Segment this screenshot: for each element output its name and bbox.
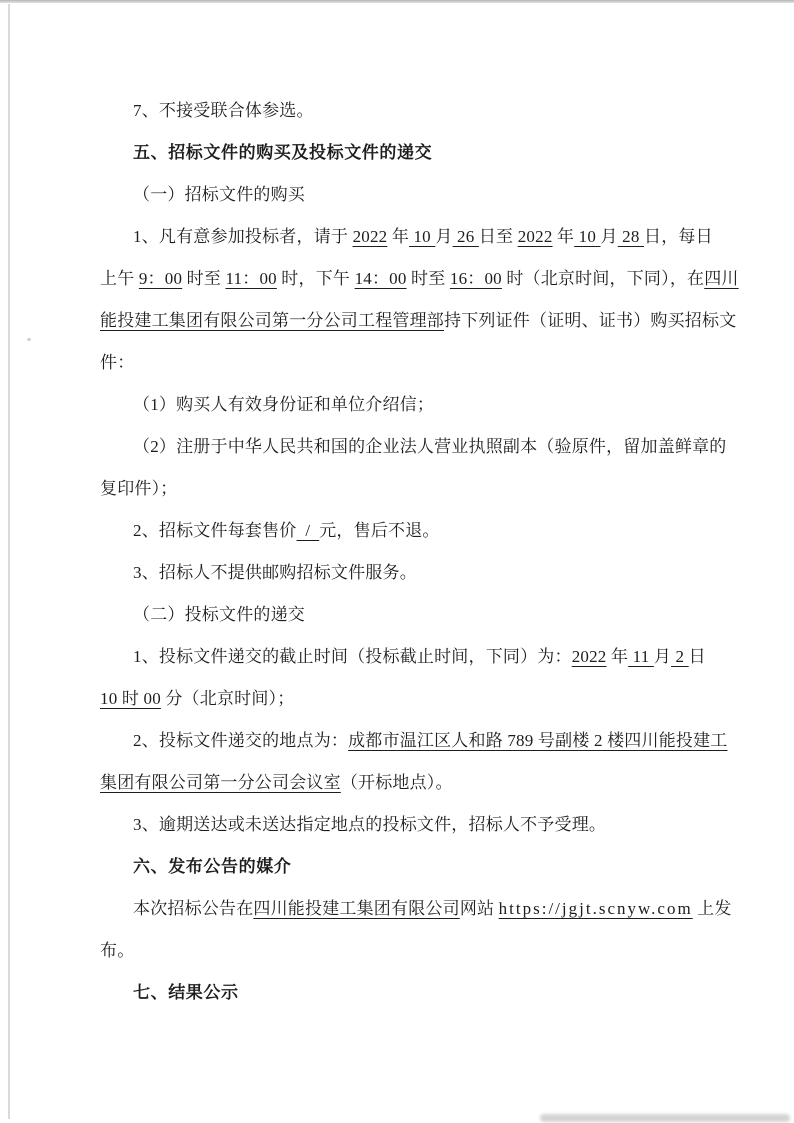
text-segment: 六、发布公告的媒介 bbox=[133, 857, 291, 876]
text-segment: 分（北京时间）； bbox=[161, 689, 295, 708]
submission-place-line-1: 2、投标文件递交的地点为：成都市温江区人和路 789 号副楼 2 楼四川能投建工 bbox=[100, 720, 716, 762]
underlined-text: 26 bbox=[453, 227, 479, 246]
document-page: 7、不接受联合体参选。五、招标文件的购买及投标文件的递交（一）招标文件的购买1、… bbox=[0, 0, 794, 1123]
text-segment: 日至 bbox=[479, 227, 518, 246]
underlined-text: 四川能投建工集团有限公司 bbox=[253, 899, 459, 918]
text-segment: （2）注册于中华人民共和国的企业法人营业执照副本（验原件，留加盖鲜章的 bbox=[133, 437, 727, 456]
media-para-line-1: 本次招标公告在四川能投建工集团有限公司网站 https://jgjt.scnyw… bbox=[100, 888, 716, 930]
underlined-text: 10 时 00 bbox=[100, 689, 161, 708]
scan-edge-top bbox=[0, 0, 794, 3]
text-segment: 布。 bbox=[100, 941, 134, 960]
text-segment: 时至 bbox=[407, 269, 450, 288]
submission-place-line-2: 集团有限公司第一分公司会议室（开标地点）。 bbox=[100, 762, 716, 804]
text-segment: 2、投标文件递交的地点为： bbox=[133, 731, 348, 750]
submission-deadline-line-1: 1、投标文件递交的截止时间（投标截止时间，下同）为：2022 年 11 月 2 … bbox=[100, 636, 716, 678]
text-segment: 年 bbox=[387, 227, 409, 246]
text-segment: 本次招标公告在 bbox=[133, 899, 253, 918]
text-segment: 1、凡有意参加投标者，请于 bbox=[133, 227, 353, 246]
text-segment: 五、招标文件的购买及投标文件的递交 bbox=[133, 143, 432, 162]
subheading-submission: （二）投标文件的递交 bbox=[100, 594, 716, 636]
underlined-text: 2022 bbox=[353, 227, 388, 246]
underlined-text: 10 bbox=[409, 227, 435, 246]
underlined-text: 10 bbox=[574, 227, 600, 246]
scan-edge-left bbox=[8, 4, 10, 1119]
text-segment: （开标地点）。 bbox=[341, 773, 453, 792]
heading-section-five: 五、招标文件的购买及投标文件的递交 bbox=[100, 132, 716, 174]
text-segment: （1）购买人有效身份证和单位介绍信； bbox=[133, 395, 434, 414]
underlined-text: 9：00 bbox=[139, 269, 182, 288]
text-segment: 月 bbox=[654, 647, 671, 666]
text-segment: 1、投标文件递交的截止时间（投标截止时间，下同）为： bbox=[133, 647, 572, 666]
underlined-text: 能投建工集团有限公司第一分公司工程管理部 bbox=[100, 311, 444, 330]
underlined-text: 14：00 bbox=[355, 269, 407, 288]
text-segment: 日，每日 bbox=[644, 227, 713, 246]
underlined-text: 11 bbox=[628, 647, 654, 666]
text-segment: 网站 bbox=[460, 899, 499, 918]
text-segment: 时（北京时间，下同），在 bbox=[502, 269, 704, 288]
text-segment: （一）招标文件的购买 bbox=[133, 185, 305, 204]
text-segment: 复印件）； bbox=[100, 479, 178, 498]
text-segment: 月 bbox=[601, 227, 618, 246]
document-body: 7、不接受联合体参选。五、招标文件的购买及投标文件的递交（一）招标文件的购买1、… bbox=[100, 90, 716, 1014]
underlined-text: 16：00 bbox=[450, 269, 502, 288]
underlined-text: 28 bbox=[618, 227, 644, 246]
text-segment: 年 bbox=[553, 227, 575, 246]
underlined-text: 2022 bbox=[572, 647, 607, 666]
text-segment: 持下列证件（证明、证书）购买招标文 bbox=[444, 311, 736, 330]
text-segment: 3、逾期送达或未送达指定地点的投标文件，招标人不予受理。 bbox=[133, 815, 606, 834]
text-segment: 元，售后不退。 bbox=[319, 521, 439, 540]
submission-deadline-line-2: 10 时 00 分（北京时间）； bbox=[100, 678, 716, 720]
text-segment: 七、结果公示 bbox=[133, 983, 239, 1002]
underlined-text: 四川 bbox=[704, 269, 738, 288]
text-segment: 上发 bbox=[693, 899, 732, 918]
underlined-text: https://jgjt.scnyw.com bbox=[499, 899, 693, 918]
heading-section-seven: 七、结果公示 bbox=[100, 972, 716, 1014]
text-segment: 日 bbox=[689, 647, 706, 666]
underlined-text: 成都市温江区人和路 789 号副楼 2 楼四川能投建工 bbox=[348, 731, 727, 750]
item-id-intro-letter: （1）购买人有效身份证和单位介绍信； bbox=[100, 384, 716, 426]
underlined-text: 11：00 bbox=[225, 269, 276, 288]
text-segment: 时至 bbox=[182, 269, 225, 288]
text-segment: 年 bbox=[607, 647, 629, 666]
media-para-line-2: 布。 bbox=[100, 930, 716, 972]
text-segment: （二）投标文件的递交 bbox=[133, 605, 305, 624]
underlined-text: 2022 bbox=[518, 227, 553, 246]
clause-price: 2、招标文件每套售价 / 元，售后不退。 bbox=[100, 510, 716, 552]
item-license-line-1: （2）注册于中华人民共和国的企业法人营业执照副本（验原件，留加盖鲜章的 bbox=[100, 426, 716, 468]
item-license-line-2: 复印件）； bbox=[100, 468, 716, 510]
scan-speck bbox=[27, 338, 31, 341]
underlined-text: / bbox=[297, 521, 320, 540]
clause-late-rejection: 3、逾期送达或未送达指定地点的投标文件，招标人不予受理。 bbox=[100, 804, 716, 846]
clause-no-consortium: 7、不接受联合体参选。 bbox=[100, 90, 716, 132]
underlined-text: 集团有限公司第一分公司会议室 bbox=[100, 773, 341, 792]
purchase-para-line-3: 能投建工集团有限公司第一分公司工程管理部持下列证件（证明、证书）购买招标文 bbox=[100, 300, 716, 342]
heading-section-six: 六、发布公告的媒介 bbox=[100, 846, 716, 888]
text-segment: 7、不接受联合体参选。 bbox=[133, 101, 314, 120]
text-segment: 时，下午 bbox=[277, 269, 355, 288]
purchase-para-line-4: 件： bbox=[100, 342, 716, 384]
text-segment: 上午 bbox=[100, 269, 139, 288]
scan-smudge-bottom bbox=[540, 1114, 790, 1122]
text-segment: 月 bbox=[435, 227, 452, 246]
purchase-para-line-1: 1、凡有意参加投标者，请于 2022 年 10 月 26 日至 2022 年 1… bbox=[100, 216, 716, 258]
subheading-purchase: （一）招标文件的购买 bbox=[100, 174, 716, 216]
purchase-para-line-2: 上午 9：00 时至 11：00 时，下午 14：00 时至 16：00 时（北… bbox=[100, 258, 716, 300]
clause-no-mail-order: 3、招标人不提供邮购招标文件服务。 bbox=[100, 552, 716, 594]
underlined-text: 2 bbox=[671, 647, 689, 666]
text-segment: 2、招标文件每套售价 bbox=[133, 521, 297, 540]
text-segment: 3、招标人不提供邮购招标文件服务。 bbox=[133, 563, 417, 582]
text-segment: 件： bbox=[100, 353, 134, 372]
